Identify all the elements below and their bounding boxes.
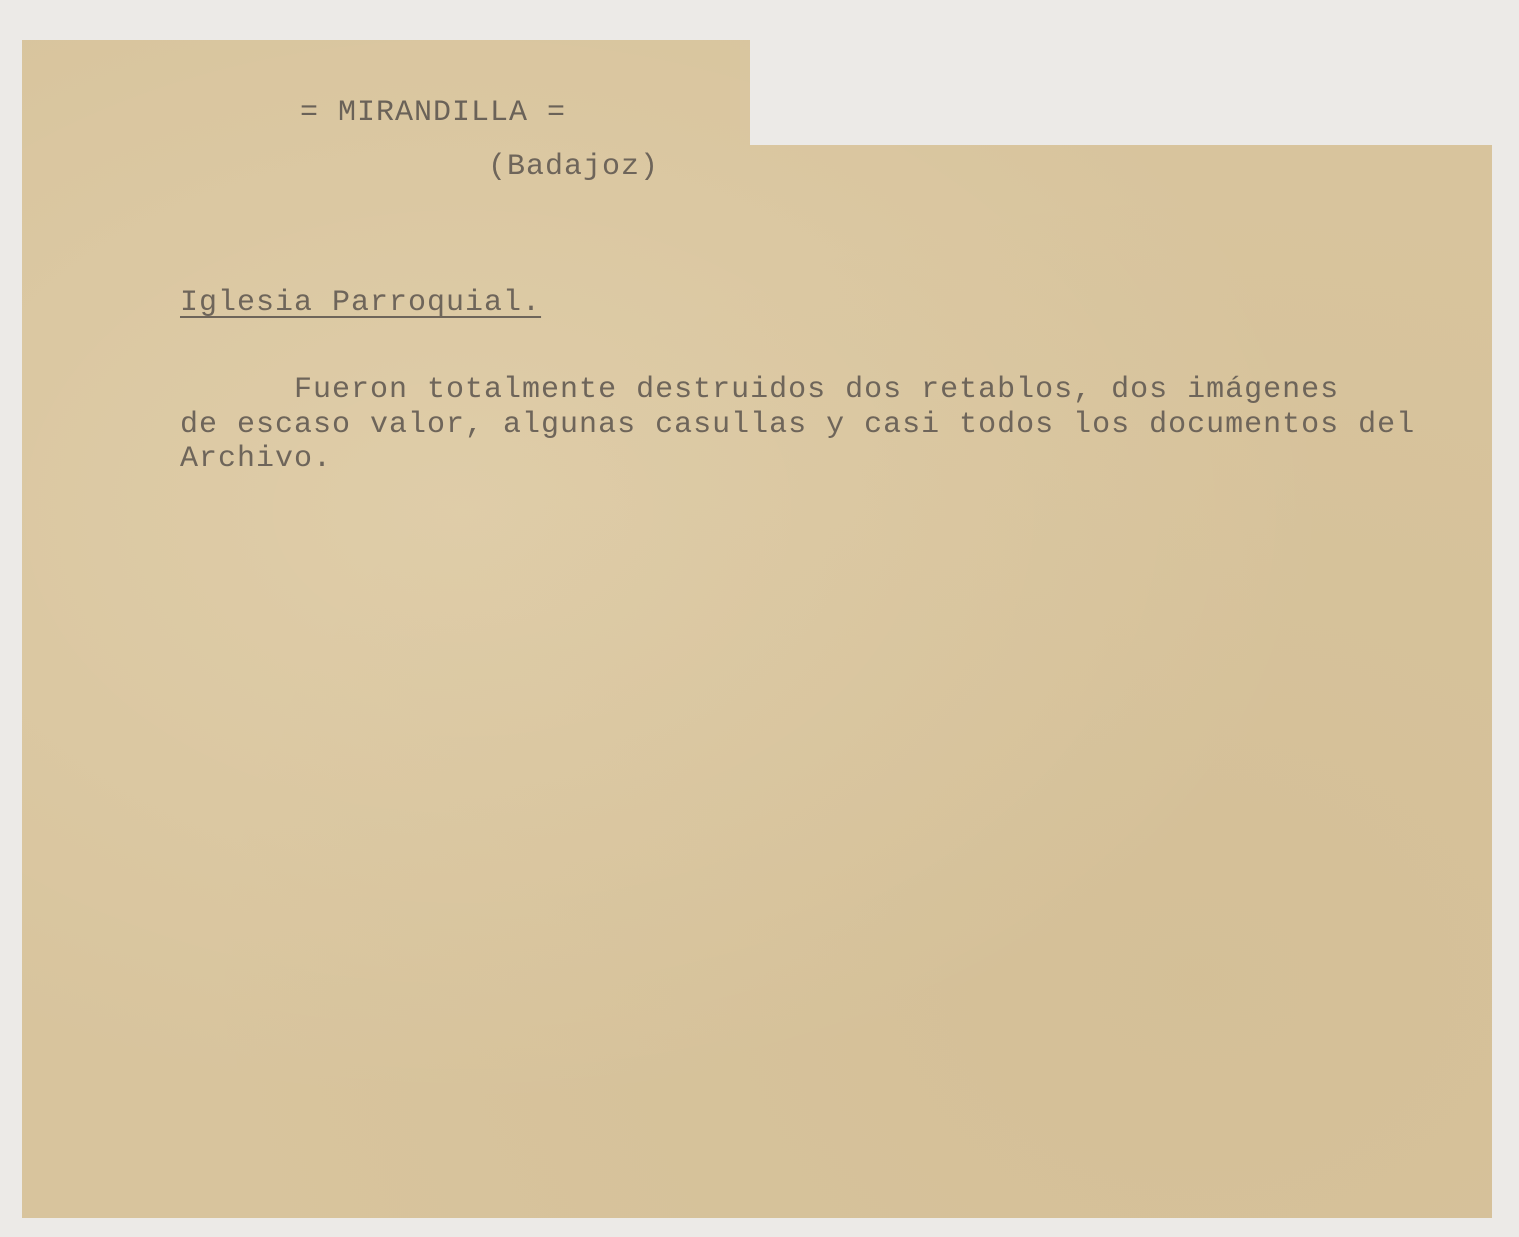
- document-title: = MIRANDILLA =: [300, 96, 566, 130]
- section-heading: Iglesia Parroquial.: [180, 286, 541, 320]
- body-line-1: Fueron totalmente destruidos dos retablo…: [180, 373, 1339, 407]
- body-line-3: Archivo.: [180, 442, 332, 476]
- archive-card: [22, 40, 1492, 1218]
- body-line-2: de escaso valor, algunas casullas y casi…: [180, 408, 1415, 442]
- province-label: (Badajoz): [488, 150, 659, 184]
